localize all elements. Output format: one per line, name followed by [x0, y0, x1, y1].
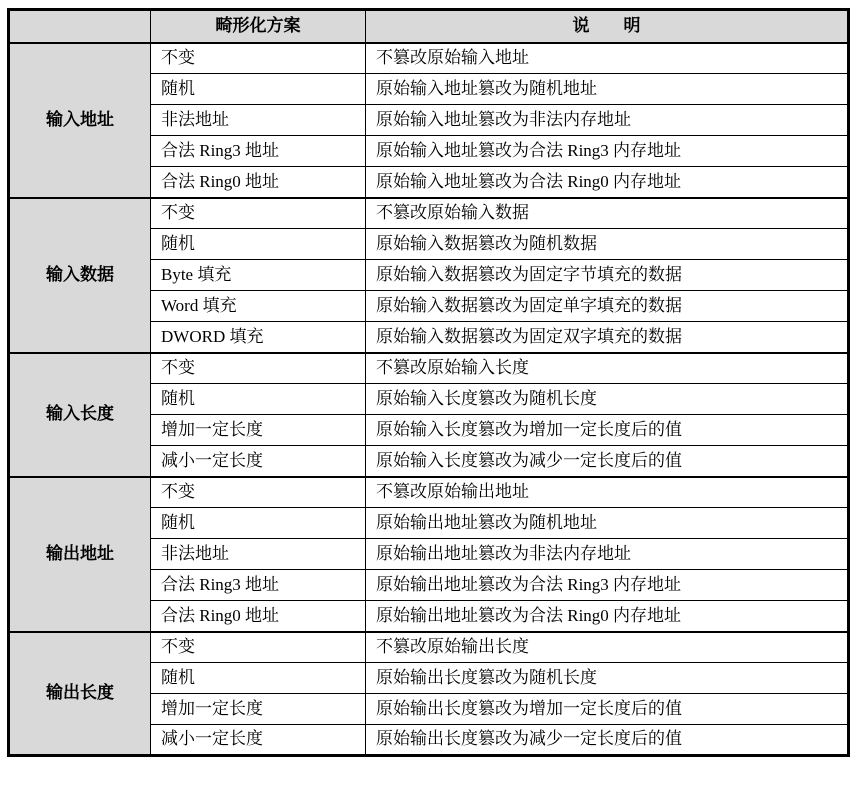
malformation-scheme-table: 畸形化方案 说 明 输入地址 不变 不篡改原始输入地址 随机 原始输入地址篡改为… [7, 8, 850, 757]
scheme-cell: 减小一定长度 [151, 725, 366, 756]
scheme-cell: 不变 [151, 198, 366, 229]
description-cell: 不篡改原始输入长度 [366, 353, 849, 384]
description-cell: 原始输出长度篡改为减少一定长度后的值 [366, 725, 849, 756]
group-output-length: 输出长度 不变 不篡改原始输出长度 随机 原始输出长度篡改为随机长度 增加一定长… [9, 632, 849, 756]
scheme-cell: 减小一定长度 [151, 446, 366, 477]
scheme-cell: 增加一定长度 [151, 694, 366, 725]
scheme-cell: 合法 Ring3 地址 [151, 136, 366, 167]
header-corner-cell [9, 10, 151, 43]
table-row: 输出地址 不变 不篡改原始输出地址 [9, 477, 849, 508]
scheme-cell: 随机 [151, 508, 366, 539]
scheme-cell: 随机 [151, 74, 366, 105]
scheme-cell: 合法 Ring0 地址 [151, 601, 366, 632]
description-cell: 原始输出地址篡改为非法内存地址 [366, 539, 849, 570]
description-cell: 原始输出地址篡改为合法 Ring0 内存地址 [366, 601, 849, 632]
header-description: 说 明 [366, 10, 849, 43]
description-cell: 原始输入长度篡改为随机长度 [366, 384, 849, 415]
scheme-cell: 合法 Ring3 地址 [151, 570, 366, 601]
scheme-cell: 随机 [151, 229, 366, 260]
group-output-address: 输出地址 不变 不篡改原始输出地址 随机 原始输出地址篡改为随机地址 非法地址 … [9, 477, 849, 632]
table-header: 畸形化方案 说 明 [9, 10, 849, 43]
description-cell: 原始输出长度篡改为随机长度 [366, 663, 849, 694]
description-cell: 原始输入数据篡改为随机数据 [366, 229, 849, 260]
scheme-cell: 随机 [151, 663, 366, 694]
scheme-cell: DWORD 填充 [151, 322, 366, 353]
description-cell: 原始输入地址篡改为合法 Ring0 内存地址 [366, 167, 849, 198]
group-input-data: 输入数据 不变 不篡改原始输入数据 随机 原始输入数据篡改为随机数据 Byte … [9, 198, 849, 353]
group-input-address: 输入地址 不变 不篡改原始输入地址 随机 原始输入地址篡改为随机地址 非法地址 … [9, 43, 849, 198]
description-cell: 原始输入数据篡改为固定单字填充的数据 [366, 291, 849, 322]
description-cell: 不篡改原始输入地址 [366, 43, 849, 74]
scheme-cell: 不变 [151, 632, 366, 663]
scheme-cell: 不变 [151, 353, 366, 384]
scheme-cell: 合法 Ring0 地址 [151, 167, 366, 198]
table-row: 输入数据 不变 不篡改原始输入数据 [9, 198, 849, 229]
description-cell: 原始输入长度篡改为增加一定长度后的值 [366, 415, 849, 446]
description-cell: 原始输出地址篡改为合法 Ring3 内存地址 [366, 570, 849, 601]
group-label-input-length: 输入长度 [9, 353, 151, 477]
description-cell: 不篡改原始输出地址 [366, 477, 849, 508]
header-row: 畸形化方案 说 明 [9, 10, 849, 43]
scheme-cell: Word 填充 [151, 291, 366, 322]
description-cell: 原始输入地址篡改为合法 Ring3 内存地址 [366, 136, 849, 167]
description-cell: 原始输入数据篡改为固定字节填充的数据 [366, 260, 849, 291]
scheme-cell: 不变 [151, 43, 366, 74]
group-label-input-data: 输入数据 [9, 198, 151, 353]
group-input-length: 输入长度 不变 不篡改原始输入长度 随机 原始输入长度篡改为随机长度 增加一定长… [9, 353, 849, 477]
description-cell: 不篡改原始输入数据 [366, 198, 849, 229]
description-cell: 原始输入数据篡改为固定双字填充的数据 [366, 322, 849, 353]
group-label-output-length: 输出长度 [9, 632, 151, 756]
description-cell: 原始输入地址篡改为非法内存地址 [366, 105, 849, 136]
scheme-cell: 增加一定长度 [151, 415, 366, 446]
scheme-cell: 随机 [151, 384, 366, 415]
scheme-cell: Byte 填充 [151, 260, 366, 291]
table-row: 输入地址 不变 不篡改原始输入地址 [9, 43, 849, 74]
group-label-output-address: 输出地址 [9, 477, 151, 632]
scheme-cell: 非法地址 [151, 105, 366, 136]
table-row: 输入长度 不变 不篡改原始输入长度 [9, 353, 849, 384]
scheme-cell: 不变 [151, 477, 366, 508]
scheme-cell: 非法地址 [151, 539, 366, 570]
description-cell: 不篡改原始输出长度 [366, 632, 849, 663]
description-cell: 原始输出地址篡改为随机地址 [366, 508, 849, 539]
table-row: 输出长度 不变 不篡改原始输出长度 [9, 632, 849, 663]
group-label-input-address: 输入地址 [9, 43, 151, 198]
description-cell: 原始输入长度篡改为减少一定长度后的值 [366, 446, 849, 477]
header-scheme: 畸形化方案 [151, 10, 366, 43]
description-cell: 原始输出长度篡改为增加一定长度后的值 [366, 694, 849, 725]
description-cell: 原始输入地址篡改为随机地址 [366, 74, 849, 105]
